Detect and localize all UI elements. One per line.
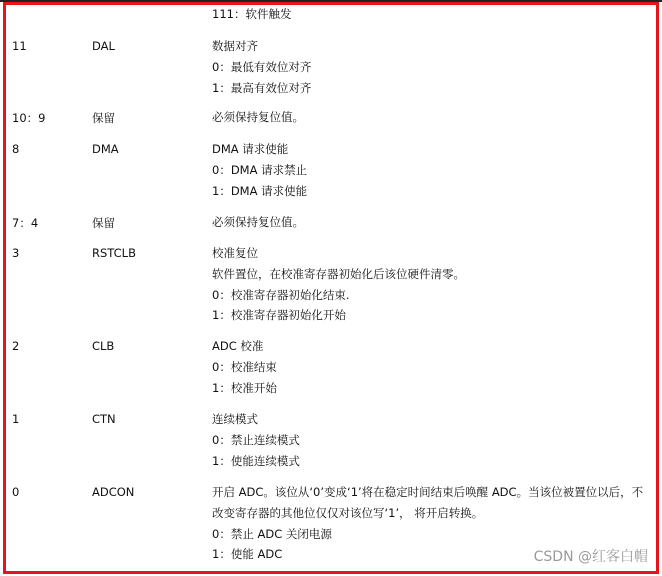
description-line: 必须保持复位值。 [212,212,304,233]
field-name: DMA [92,142,119,156]
field-name: 保留 [92,110,115,126]
description-line: 数据对齐 [212,36,311,57]
description-line: 0：校准结束 [212,357,277,378]
description-line: 0：禁止 ADC 关闭电源 [212,524,643,545]
bit-position: 8 [12,142,19,156]
field-description: ADC 校准0：校准结束1：校准开始 [212,336,277,398]
field-name: ADCON [92,485,134,499]
description-line: 软件置位，在校准寄存器初始化后该位硬件清零。 [212,264,465,285]
field-name: 保留 [92,215,115,231]
field-description: 数据对齐0：最低有效位对齐1：最高有效位对齐 [212,36,311,98]
description-line: 1：使能连续模式 [212,451,300,472]
bit-position: 7：4 [12,215,38,231]
bit-position: 1 [12,412,19,426]
description-line: 0：最低有效位对齐 [212,57,311,78]
field-description: 校准复位软件置位，在校准寄存器初始化后该位硬件清零。0：校准寄存器初始化结束.1… [212,243,465,326]
field-description: 必须保持复位值。 [212,212,304,233]
description-line: 0：校准寄存器初始化结束. [212,285,465,306]
field-description: 必须保持复位值。 [212,107,304,128]
description-line: 0：禁止连续模式 [212,430,300,451]
description-line: 1：校准开始 [212,378,277,399]
field-name: DAL [92,39,115,53]
field-name: RSTCLB [92,246,136,260]
description-line: 必须保持复位值。 [212,107,304,128]
description-line: 1：校准寄存器初始化开始 [212,305,465,326]
bit-position: 10：9 [12,110,45,126]
field-name: CTN [92,412,116,426]
description-line: 连续模式 [212,409,300,430]
field-name: CLB [92,339,114,353]
description-line: 改变寄存器的其他位仅仅对该位写‘1’， 将开启转换。 [212,503,643,524]
bit-position: 3 [12,246,19,260]
description-line: 开启 ADC。该位从‘0’变成‘1’将在稳定时间结束后唤醒 ADC。当该位被置位… [212,482,643,503]
description-line: 校准复位 [212,243,465,264]
field-description: 111：软件触发 [212,4,291,25]
bit-position: 0 [12,485,19,499]
watermark: CSDN @红客白帽 [534,546,648,566]
bit-position: 2 [12,339,19,353]
description-line: ADC 校准 [212,336,277,357]
field-description: DMA 请求使能0：DMA 请求禁止1：DMA 请求使能 [212,139,307,201]
description-line: DMA 请求使能 [212,139,307,160]
field-description: 连续模式0：禁止连续模式1：使能连续模式 [212,409,300,471]
description-line: 1：DMA 请求使能 [212,181,307,202]
description-line: 0：DMA 请求禁止 [212,160,307,181]
description-line: 111：软件触发 [212,4,291,25]
bit-position: 11 [12,39,27,53]
description-line: 1：最高有效位对齐 [212,78,311,99]
